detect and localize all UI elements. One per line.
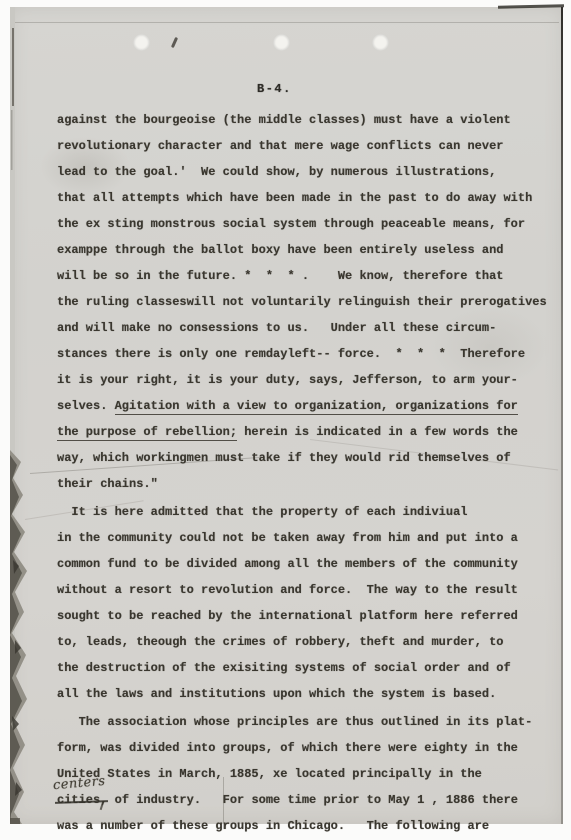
text-line: It is here admitted that the property of… bbox=[57, 499, 552, 525]
text-line: lead to the goal.' We could show, by num… bbox=[57, 159, 552, 185]
underlined-text: Agitation with a view to organization, o… bbox=[115, 399, 518, 415]
struck-through-word: cities,centers bbox=[57, 787, 107, 813]
text-line: selves. Agitation with a view to organiz… bbox=[57, 393, 552, 419]
text-line: the destruction of the exisiting systems… bbox=[57, 655, 552, 681]
paragraph-commentary: It is here admitted that the property of… bbox=[57, 499, 552, 707]
text-line: the ex sting monstrous social system thr… bbox=[57, 211, 552, 237]
text-line: their chains." bbox=[57, 471, 552, 497]
paragraph-association-groups: The association whose principles are thu… bbox=[57, 709, 552, 839]
text-line: all the laws and institutions upon which… bbox=[57, 681, 552, 707]
scanned-document-photo: B-4. against the bourgeoise (the middle … bbox=[0, 0, 571, 840]
text-line: without a resort to revolution and force… bbox=[57, 577, 552, 603]
text-line: United States in March, 1885, xe located… bbox=[57, 761, 552, 787]
text-line: to, leads, theough the crimes of robbery… bbox=[57, 629, 552, 655]
text-line: was a number of these groups in Chicago.… bbox=[57, 813, 552, 839]
text-line: will be so in the future. * * * . We kno… bbox=[57, 263, 552, 289]
text-line: stances there is only one remdayleft-- f… bbox=[57, 341, 552, 367]
punch-hole-icon bbox=[373, 35, 388, 50]
text-line: the ruling classeswill not voluntarily r… bbox=[57, 289, 552, 315]
page-label: B-4. bbox=[257, 76, 552, 102]
document-body: against the bourgeoise (the middle class… bbox=[57, 107, 552, 839]
text-segment: herein is indicated in a few words the bbox=[237, 425, 518, 439]
typewritten-text: B-4. against the bourgeoise (the middle … bbox=[57, 76, 552, 840]
text-line: The association whose principles are thu… bbox=[57, 709, 552, 735]
paragraph-platform-quotation: against the bourgeoise (the middle class… bbox=[57, 107, 552, 497]
ink-mark bbox=[171, 37, 178, 48]
text-line: sought to be reached by the internationa… bbox=[57, 603, 552, 629]
punch-hole-icon bbox=[134, 35, 149, 50]
text-line: revolutionary character and that mere wa… bbox=[57, 133, 552, 159]
insertion-caret-mark bbox=[100, 801, 105, 810]
edge-smudge bbox=[498, 4, 564, 8]
text-segment: of industry. For some time prior to May … bbox=[107, 793, 517, 807]
text-line: and will make no consessions to us. Unde… bbox=[57, 315, 552, 341]
paper-right-edge-shadow bbox=[561, 7, 563, 824]
text-line: it is your right, it is your duty, says,… bbox=[57, 367, 552, 393]
text-line: in the community could not be taken away… bbox=[57, 525, 552, 551]
text-line: against the bourgeoise (the middle class… bbox=[57, 107, 552, 133]
punch-hole-icon bbox=[274, 35, 289, 50]
handwritten-correction: centers bbox=[52, 769, 107, 799]
text-line: the purpose of rebellion; herein is indi… bbox=[57, 419, 552, 445]
text-line: examppe through the ballot boxy have bee… bbox=[57, 237, 552, 263]
text-segment: selves. bbox=[57, 399, 115, 413]
text-line: common fund to be divided among all the … bbox=[57, 551, 552, 577]
text-line: cities,centers of industry. For some tim… bbox=[57, 787, 552, 813]
text-line: that all attempts which have been made i… bbox=[57, 185, 552, 211]
paper-sheet: B-4. against the bourgeoise (the middle … bbox=[10, 7, 563, 824]
paper-top-crease bbox=[14, 22, 559, 23]
text-line: way, which workingmen must take if they … bbox=[57, 445, 552, 471]
underlined-text: the purpose of rebellion; bbox=[57, 425, 237, 441]
text-line: form, was divided into groups, of which … bbox=[57, 735, 552, 761]
